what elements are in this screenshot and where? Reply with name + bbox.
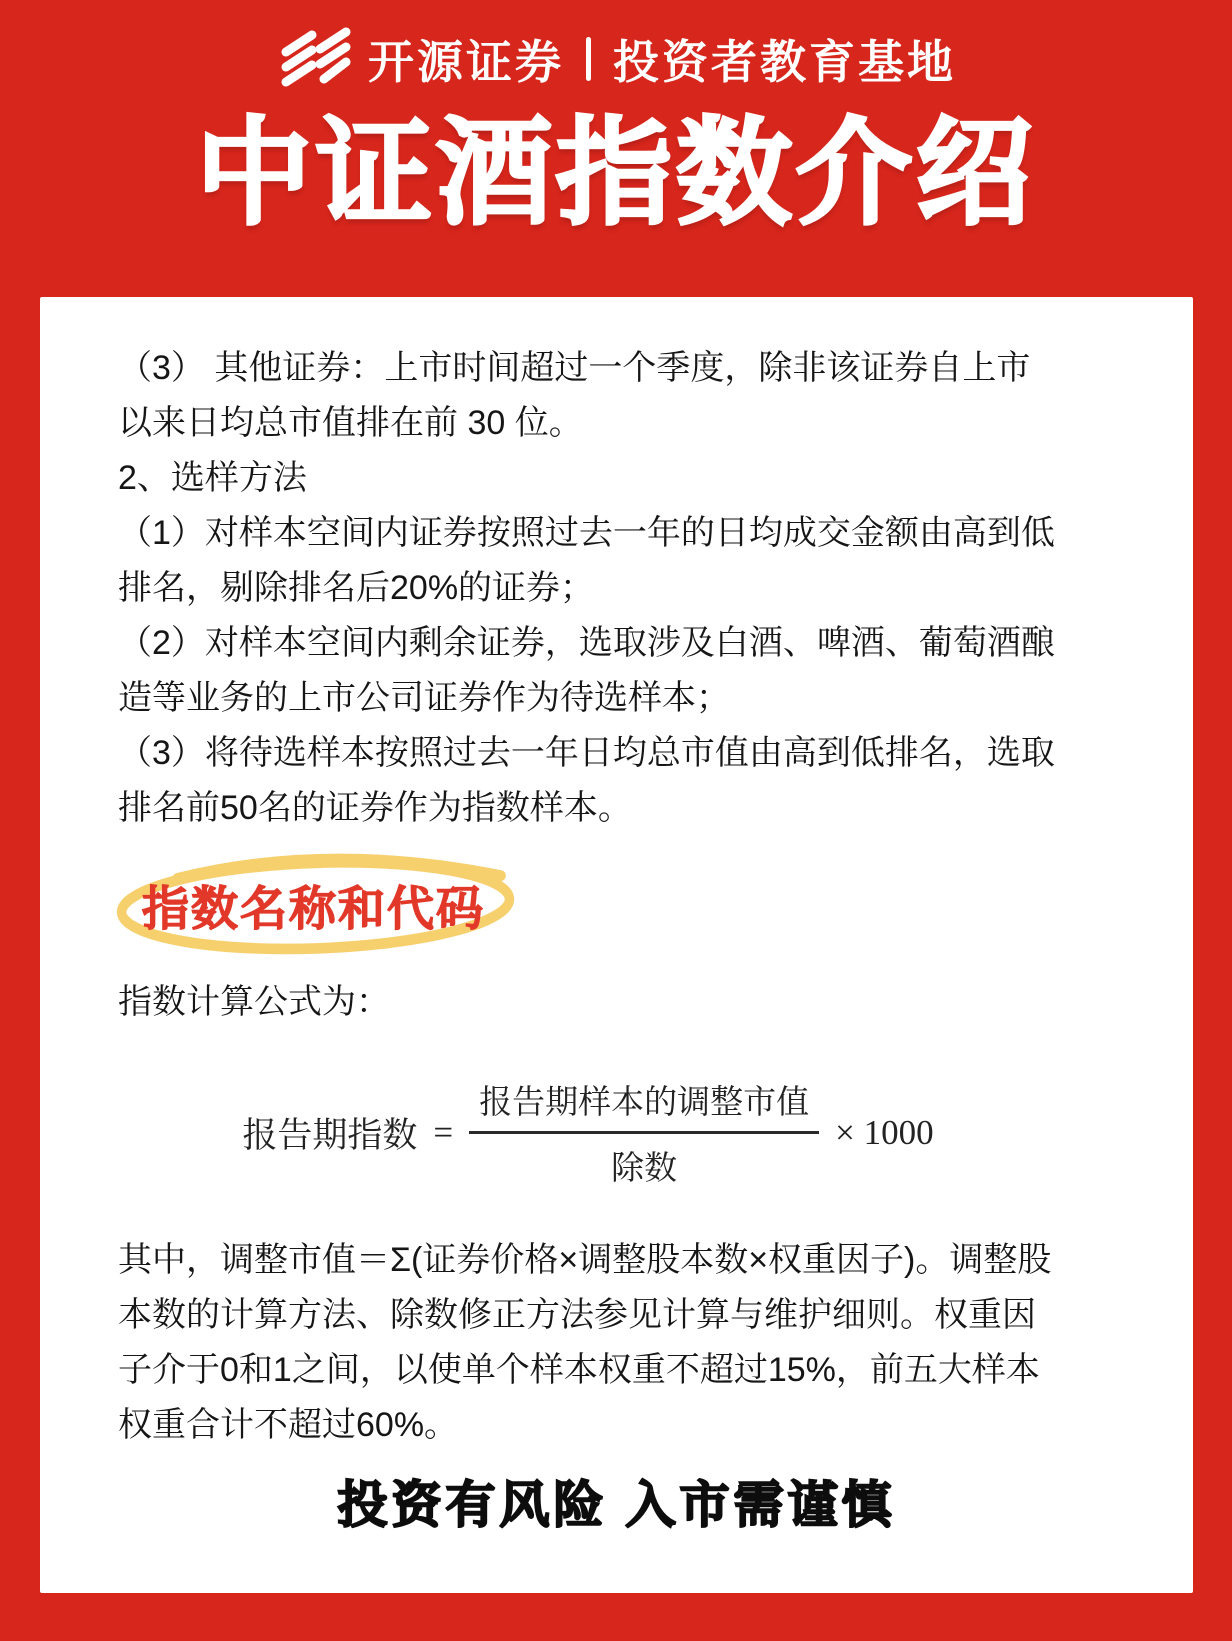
formula-intro-text: 指数计算公式为：: [118, 975, 1058, 1030]
header-brand-row: 开源证券 投资者教育基地: [0, 26, 1232, 92]
body-paragraph-step-2: （2）对样本空间内剩余证券，选取涉及白酒、啤酒、葡萄酒酿造等业务的上市公司证券作…: [118, 616, 1058, 726]
content-card: （3） 其他证券：上市时间超过一个季度，除非该证券自上市以来日均总市值排在前 3…: [40, 297, 1193, 1593]
formula-equals-sign: =: [433, 1113, 453, 1153]
card-body: （3） 其他证券：上市时间超过一个季度，除非该证券自上市以来日均总市值排在前 3…: [40, 297, 1058, 1453]
risk-disclaimer: 投资有风险 入市需谨慎: [40, 1465, 1193, 1537]
index-calculation-formula: 报告期指数 = 报告期样本的调整市值 除数 × 1000: [242, 1076, 933, 1189]
section-header-index-name-and-code: 指数名称和代码: [112, 850, 519, 957]
body-paragraph-other-securities: （3） 其他证券：上市时间超过一个季度，除非该证券自上市以来日均总市值排在前 3…: [118, 341, 1058, 451]
formula-denominator: 除数: [611, 1134, 677, 1189]
brand-name: 开源证券: [368, 26, 564, 92]
section-header-label: 指数名称和代码: [142, 882, 485, 935]
body-paragraph-step-3: （3）将待选样本按照过去一年日均总市值由高到低排名，选取排名前50名的证券作为指…: [118, 726, 1058, 836]
brand-subtitle: 投资者教育基地: [613, 26, 956, 92]
kaiyuan-securities-logo-icon: [276, 27, 352, 91]
formula-numerator: 报告期样本的调整市值: [469, 1076, 819, 1134]
page-title: 中证酒指数介绍: [0, 104, 1232, 243]
formula-explanation-paragraph: 其中，调整市值＝Σ(证券价格×调整股本数×权重因子)。调整股本数的计算方法、除数…: [118, 1233, 1058, 1453]
formula-fraction: 报告期样本的调整市值 除数: [469, 1076, 819, 1189]
body-paragraph-step-1: （1）对样本空间内证券按照过去一年的日均成交金额由高到低排名，剔除排名后20%的…: [118, 506, 1058, 616]
body-paragraph-selection-method-heading: 2、选样方法: [118, 451, 1058, 506]
header-divider: [586, 37, 591, 81]
formula-multiplier: × 1000: [835, 1113, 934, 1153]
formula-lhs: 报告期指数: [242, 1108, 417, 1158]
